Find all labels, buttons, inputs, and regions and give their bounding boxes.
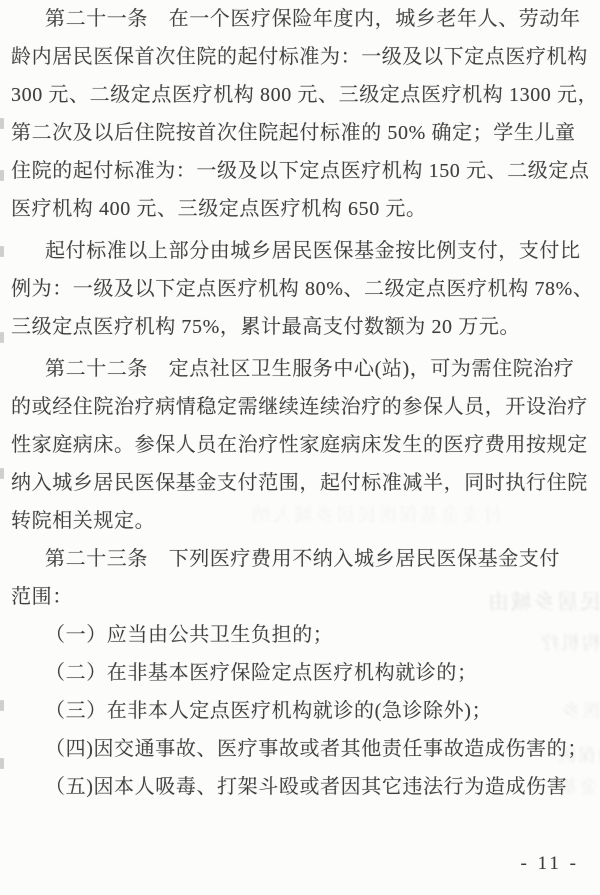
text-line: 第二十二条 定点社区卫生服务中心(站)，可为需住院治疗 bbox=[11, 350, 596, 388]
text-line: 第二十三条 下列医疗费用不纳入城乡居民医保基金支付 bbox=[11, 540, 596, 578]
text-line: 住院的起付标准为：一级及以下定点医疗机构 150 元、二级定点 bbox=[11, 152, 596, 190]
text-line: 转院相关规定。 bbox=[11, 502, 596, 540]
scan-noise-mark bbox=[0, 246, 4, 257]
scanned-document-page: 第二十一条 在一个医疗保险年度内，城乡老年人、劳动年龄内居民医保首次住院的起付标… bbox=[0, 0, 600, 895]
scan-noise-mark bbox=[0, 468, 4, 479]
scan-noise-mark bbox=[0, 170, 4, 181]
document-body: 第二十一条 在一个医疗保险年度内，城乡老年人、劳动年龄内居民医保首次住院的起付标… bbox=[11, 0, 596, 806]
text-line: 性家庭病床。参保人员在治疗性家庭病床发生的医疗费用按规定 bbox=[11, 426, 596, 464]
text-line: 三级定点医疗机构 75%，累计最高支付数额为 20 万元。 bbox=[11, 308, 596, 346]
text-line: （五)因本人吸毒、打架斗殴或者因其它违法行为造成伤害 bbox=[11, 768, 596, 806]
scan-noise-mark bbox=[0, 118, 4, 129]
text-line: 的或经住院治疗病情稳定需继续连续治疗的参保人员，开设治疗 bbox=[11, 388, 596, 426]
paragraph: （一）应当由公共卫生负担的； bbox=[11, 616, 596, 654]
text-line: 纳入城乡居民医保基金支付范围，起付标准减半，同时执行住院 bbox=[11, 464, 596, 502]
text-line: （一）应当由公共卫生负担的； bbox=[11, 616, 596, 654]
text-line: 例为：一级及以下定点医疗机构 80%、二级定点医疗机构 78%、 bbox=[11, 270, 596, 308]
paragraph: 起付标准以上部分由城乡居民医保基金按比例支付，支付比例为：一级及以下定点医疗机构… bbox=[11, 232, 596, 346]
paragraph: 第二十二条 定点社区卫生服务中心(站)，可为需住院治疗的或经住院治疗病情稳定需继… bbox=[11, 350, 596, 540]
text-line: 龄内居民医保首次住院的起付标准为：一级及以下定点医疗机构 bbox=[11, 38, 596, 76]
text-line: 医疗机构 400 元、三级定点医疗机构 650 元。 bbox=[11, 190, 596, 228]
text-line: （四)因交通事故、医疗事故或者其他责任事故造成伤害的； bbox=[11, 730, 596, 768]
text-line: （三）在非本人定点医疗机构就诊的(急诊除外)； bbox=[11, 692, 596, 730]
paragraph: 第二十一条 在一个医疗保险年度内，城乡老年人、劳动年龄内居民医保首次住院的起付标… bbox=[11, 0, 596, 228]
text-line: 第二十一条 在一个医疗保险年度内，城乡老年人、劳动年 bbox=[11, 0, 596, 38]
paragraph: （五)因本人吸毒、打架斗殴或者因其它违法行为造成伤害 bbox=[11, 768, 596, 806]
scan-noise-mark bbox=[0, 700, 4, 711]
paragraph: （三）在非本人定点医疗机构就诊的(急诊除外)； bbox=[11, 692, 596, 730]
paragraph: 第二十三条 下列医疗费用不纳入城乡居民医保基金支付范围： bbox=[11, 540, 596, 616]
text-line: 300 元、二级定点医疗机构 800 元、三级定点医疗机构 1300 元， bbox=[11, 76, 596, 114]
text-line: （二）在非基本医疗保险定点医疗机构就诊的； bbox=[11, 654, 596, 692]
text-line: 范围： bbox=[11, 578, 596, 616]
text-line: 起付标准以上部分由城乡居民医保基金按比例支付，支付比 bbox=[11, 232, 596, 270]
paragraph: （二）在非基本医疗保险定点医疗机构就诊的； bbox=[11, 654, 596, 692]
scan-noise-mark bbox=[0, 758, 4, 769]
text-line: 第二次及以后住院按首次住院起付标准的 50% 确定；学生儿童 bbox=[11, 114, 596, 152]
page-number: - 11 - bbox=[521, 853, 579, 875]
paragraph: （四)因交通事故、医疗事故或者其他责任事故造成伤害的； bbox=[11, 730, 596, 768]
scan-noise-mark bbox=[0, 332, 4, 343]
